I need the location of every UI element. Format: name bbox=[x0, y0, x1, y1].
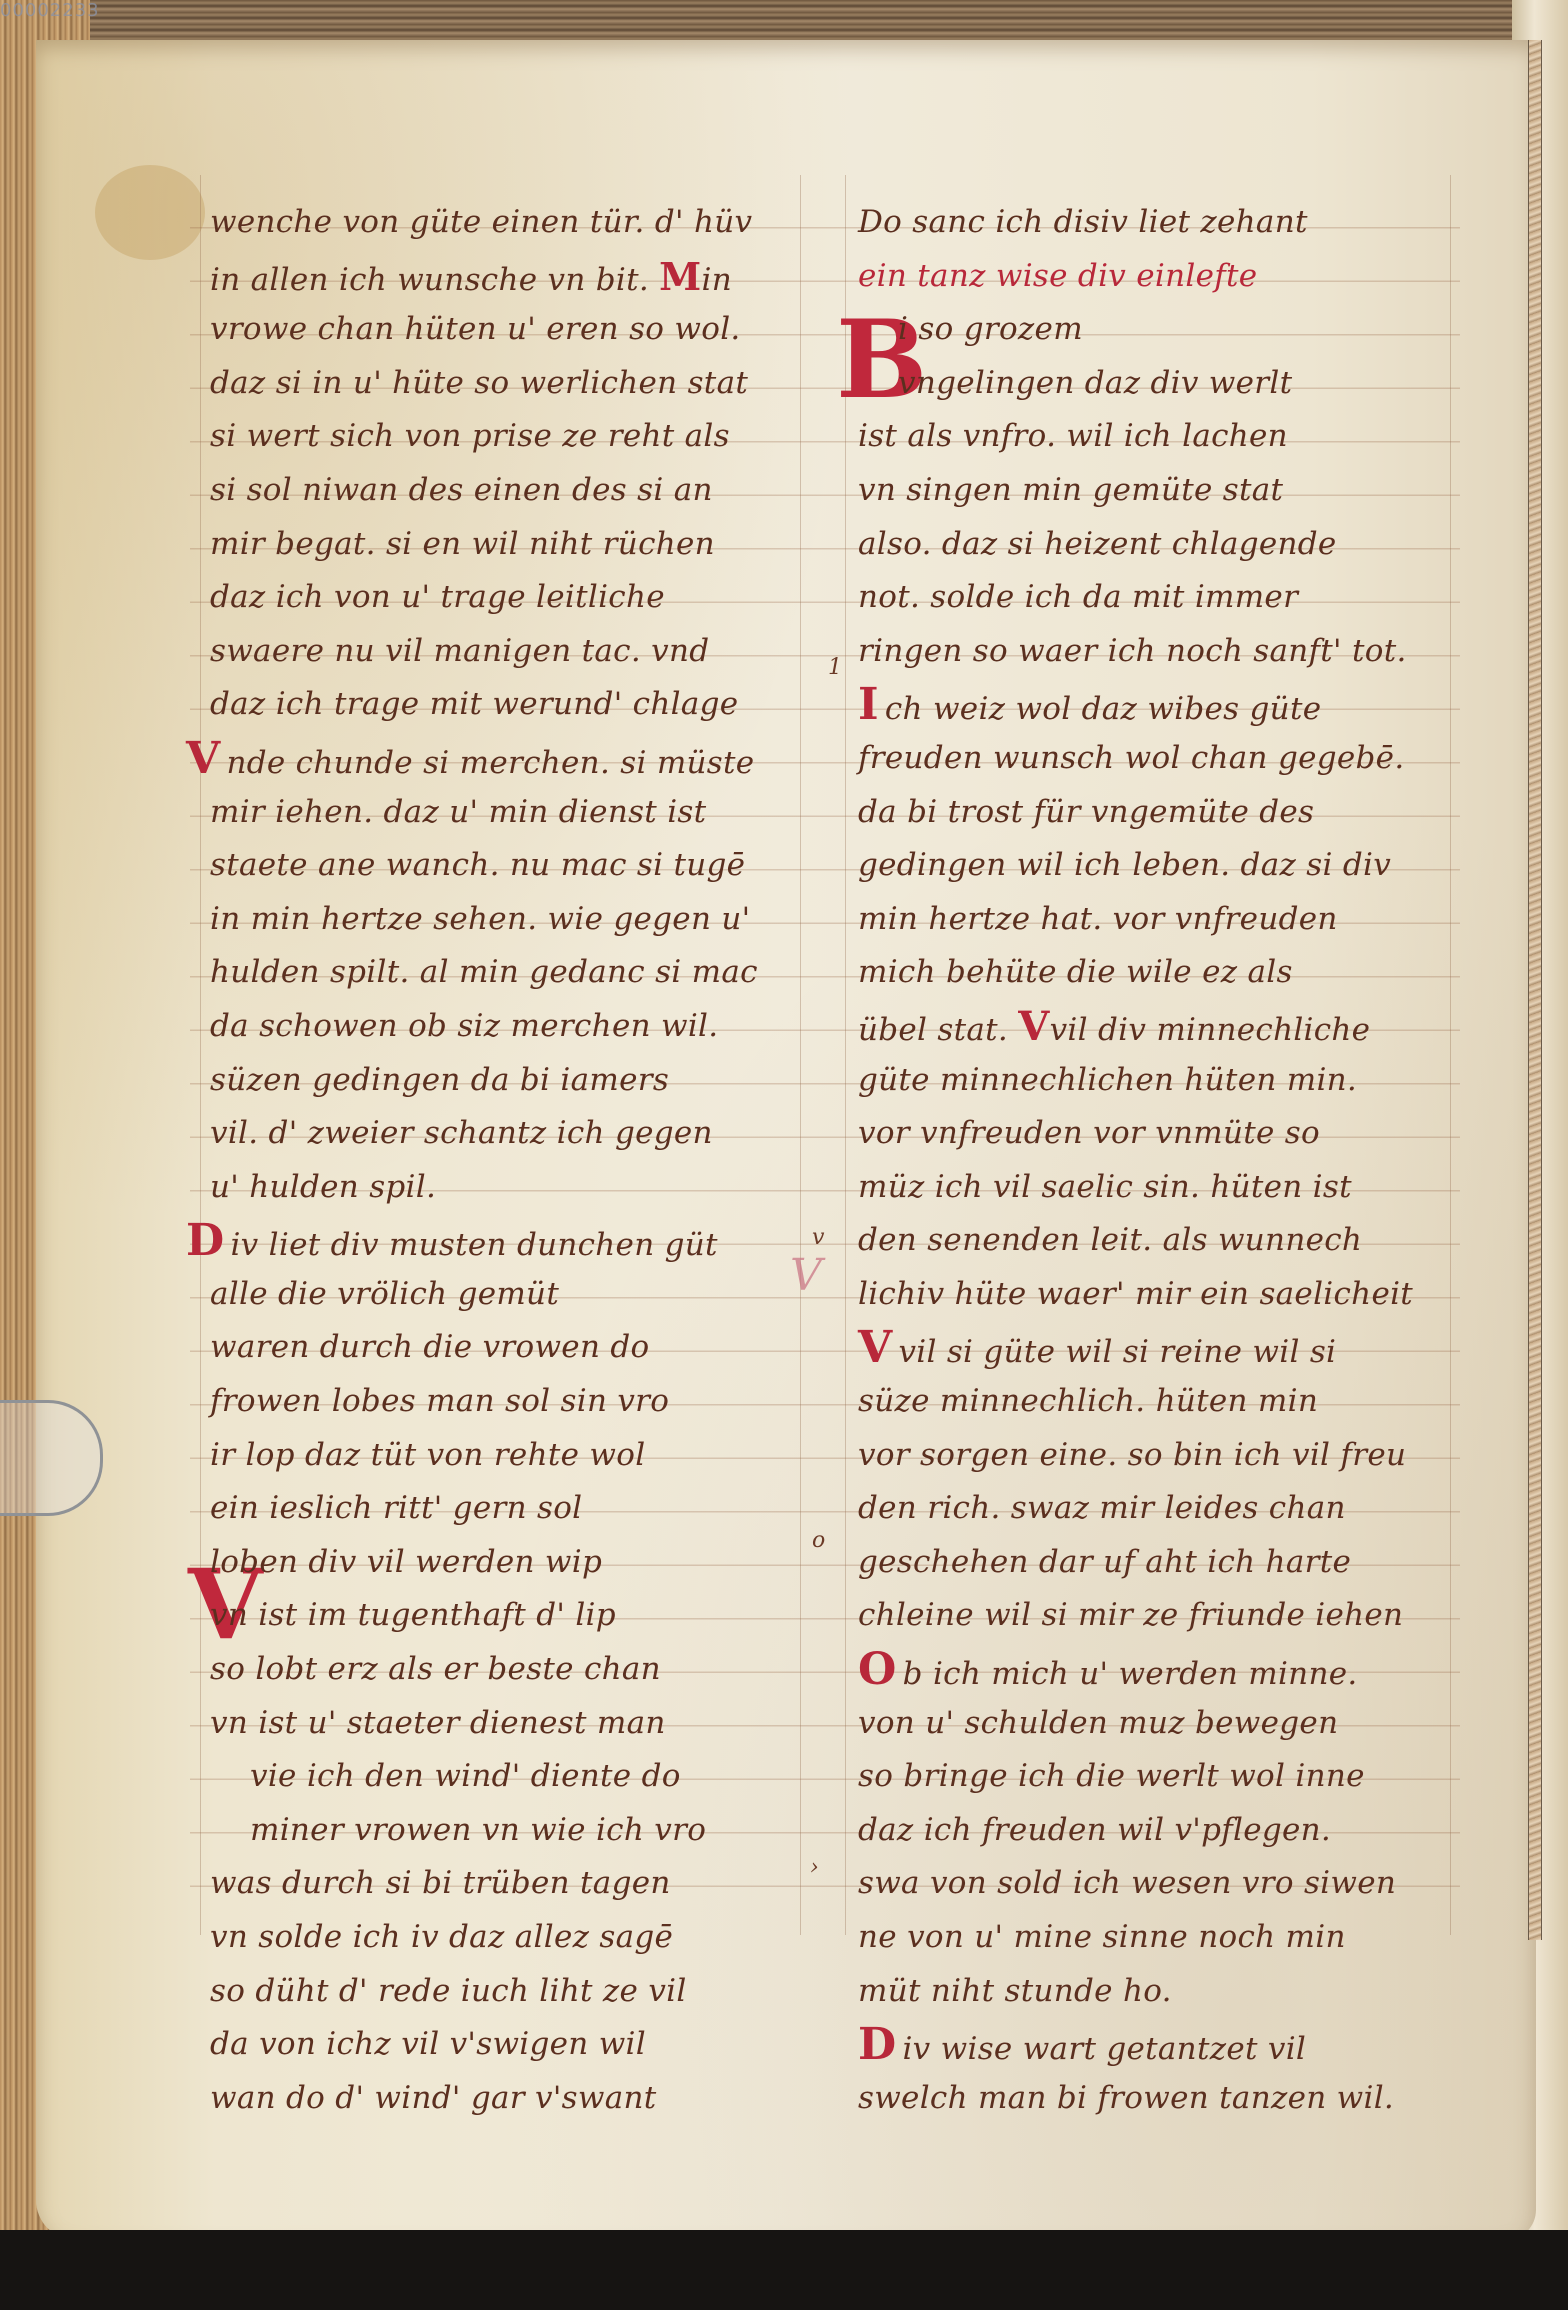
text-line: u' hulden spil. bbox=[210, 1161, 830, 1215]
background-shadow bbox=[0, 2230, 1568, 2310]
margin-mark: 1 bbox=[828, 655, 842, 680]
text-line: vrowe chan hüten u' eren so wol. bbox=[210, 303, 830, 357]
text-line: swaere nu vil manigen tac. vnd bbox=[210, 625, 830, 679]
text-line: so bringe ich die werlt wol inne bbox=[858, 1750, 1458, 1804]
text-line: daz ich trage mit werund' chlage bbox=[210, 678, 830, 732]
text-line: so düht d' rede iuch liht ze vil bbox=[210, 1965, 830, 2019]
text-line: swelch man bi frowen tanzen wil. bbox=[858, 2072, 1458, 2126]
text-line: freuden wunsch wol chan gegebē. bbox=[858, 732, 1458, 786]
rubric-initial: D bbox=[858, 2019, 896, 2070]
text-line: vie ich den wind' diente do bbox=[210, 1750, 830, 1804]
text-line: vn singen min gemüte stat bbox=[858, 464, 1458, 518]
rubric-initial: V bbox=[186, 733, 220, 784]
text-line: Vnde chunde si merchen. si müste bbox=[210, 732, 830, 786]
text-line: si wert sich von prise ze reht als bbox=[210, 410, 830, 464]
text-line: da von ichz vil v'swigen wil bbox=[210, 2018, 830, 2072]
rubric-initial: O bbox=[858, 1644, 897, 1695]
text-line: da schowen ob siz merchen wil. bbox=[210, 1000, 830, 1054]
text-line: not. solde ich da mit immer bbox=[858, 571, 1458, 625]
text-line: daz ich freuden wil v'pflegen. bbox=[858, 1804, 1458, 1858]
rubric-initial: M bbox=[659, 254, 701, 299]
text-line: daz si in u' hüte so werlichen stat bbox=[210, 357, 830, 411]
binding-stitch bbox=[1528, 40, 1542, 1940]
text-line: Ob ich mich u' werden minne. bbox=[858, 1643, 1458, 1697]
text-line: chleine wil si mir ze friunde iehen bbox=[858, 1589, 1458, 1643]
text-line: wenche von güte einen tür. d' hüv bbox=[210, 196, 830, 250]
text-line: Div wise wart getantzet vil bbox=[858, 2018, 1458, 2072]
text-line: da bi trost für vngemüte des bbox=[858, 786, 1458, 840]
text-line: si sol niwan des einen des si an bbox=[210, 464, 830, 518]
text-line: mir iehen. daz u' min dienst ist bbox=[210, 786, 830, 840]
text-line: waren durch die vrowen do bbox=[210, 1321, 830, 1375]
text-line: wan do d' wind' gar v'swant bbox=[210, 2072, 830, 2126]
text-line: vor vnfreuden vor vnmüte so bbox=[858, 1107, 1458, 1161]
text-line: miner vrowen vn wie ich vro bbox=[210, 1804, 830, 1858]
rubric-initial: D bbox=[186, 1215, 224, 1266]
text-line: Div liet div musten dunchen güt bbox=[210, 1214, 830, 1268]
text-line: vn ist im tugenthaft d' lip bbox=[210, 1589, 830, 1643]
text-line: ein ieslich ritt' gern sol bbox=[210, 1482, 830, 1536]
text-line: süzen gedingen da bi iamers bbox=[210, 1054, 830, 1108]
rubric-heading: ein tanz wise div einlefte bbox=[858, 250, 1458, 304]
text-line: Vvil si güte wil si reine wil si bbox=[858, 1321, 1458, 1375]
text-line: übel stat. Vvil div minnechliche bbox=[858, 1000, 1458, 1054]
text-line: daz ich von u' trage leitliche bbox=[210, 571, 830, 625]
text-line: geschehen dar uf aht ich harte bbox=[858, 1536, 1458, 1590]
text-line: müz ich vil saelic sin. hüten ist bbox=[858, 1161, 1458, 1215]
text-line: müt niht stunde ho. bbox=[858, 1965, 1458, 2019]
text-line: staete ane wanch. nu mac si tugē bbox=[210, 839, 830, 893]
rubric-initial: I bbox=[858, 679, 879, 730]
text-line: vn ist u' staeter dienest man bbox=[210, 1697, 830, 1751]
text-line: was durch si bi trüben tagen bbox=[210, 1857, 830, 1911]
text-line: min hertze hat. vor vnfreuden bbox=[858, 893, 1458, 947]
text-line: ne von u' mine sinne noch min bbox=[858, 1911, 1458, 1965]
rubric-initial: V bbox=[858, 1322, 892, 1373]
text-line: Ich weiz wol daz wibes güte bbox=[858, 678, 1458, 732]
text-line: vor sorgen eine. so bin ich vil freu bbox=[858, 1429, 1458, 1483]
text-line: von u' schulden muz bewegen bbox=[858, 1697, 1458, 1751]
text-line: gedingen wil ich leben. daz si div bbox=[858, 839, 1458, 893]
text-line: ist als vnfro. wil ich lachen bbox=[858, 410, 1458, 464]
text-line: swa von sold ich wesen vro siwen bbox=[858, 1857, 1458, 1911]
text-line: Do sanc ich disiv liet zehant bbox=[858, 196, 1458, 250]
text-line: alle die vrölich gemüt bbox=[210, 1268, 830, 1322]
text-line: in allen ich wunsche vn bit. Min bbox=[210, 250, 830, 304]
text-line: süze minnechlich. hüten min bbox=[858, 1375, 1458, 1429]
text-line: frowen lobes man sol sin vro bbox=[210, 1375, 830, 1429]
text-column-left: wenche von güte einen tür. d' hüv in all… bbox=[210, 196, 830, 2125]
text-line: den rich. swaz mir leides chan bbox=[858, 1482, 1458, 1536]
text-line: also. daz si heizent chlagende bbox=[858, 518, 1458, 572]
text-line: lichiv hüte waer' mir ein saelicheit bbox=[858, 1268, 1458, 1322]
column-rule bbox=[200, 175, 201, 1935]
text-line: mich behüte die wile ez als bbox=[858, 946, 1458, 1000]
text-line: mir begat. si en wil niht rüchen bbox=[210, 518, 830, 572]
text-line: loben div vil werden wip bbox=[210, 1536, 830, 1590]
rubric-initial: V bbox=[1018, 1003, 1049, 1050]
text-line: hulden spilt. al min gedanc si mac bbox=[210, 946, 830, 1000]
text-column-right: Do sanc ich disiv liet zehant ein tanz w… bbox=[858, 196, 1458, 2125]
text-line: den senenden leit. als wunnech bbox=[858, 1214, 1458, 1268]
text-line: so lobt erz als er beste chan bbox=[210, 1643, 830, 1697]
scan-id-watermark: 00002233 bbox=[0, 0, 100, 21]
text-line: güte minnechlichen hüten min. bbox=[858, 1054, 1458, 1108]
page-clip-icon bbox=[0, 1400, 103, 1516]
column-rule bbox=[845, 175, 846, 1935]
text-line: ringen so waer ich noch sanft' tot. bbox=[858, 625, 1458, 679]
text-line: vngelingen daz div werlt bbox=[858, 357, 1458, 411]
text-line: ir lop daz tüt von rehte wol bbox=[210, 1429, 830, 1483]
text-line: vn solde ich iv daz allez sagē bbox=[210, 1911, 830, 1965]
text-line: vil. d' zweier schantz ich gegen bbox=[210, 1107, 830, 1161]
text-line: i so grozem bbox=[858, 303, 1458, 357]
parchment-stain bbox=[95, 165, 205, 260]
text-line: in min hertze sehen. wie gegen u' bbox=[210, 893, 830, 947]
